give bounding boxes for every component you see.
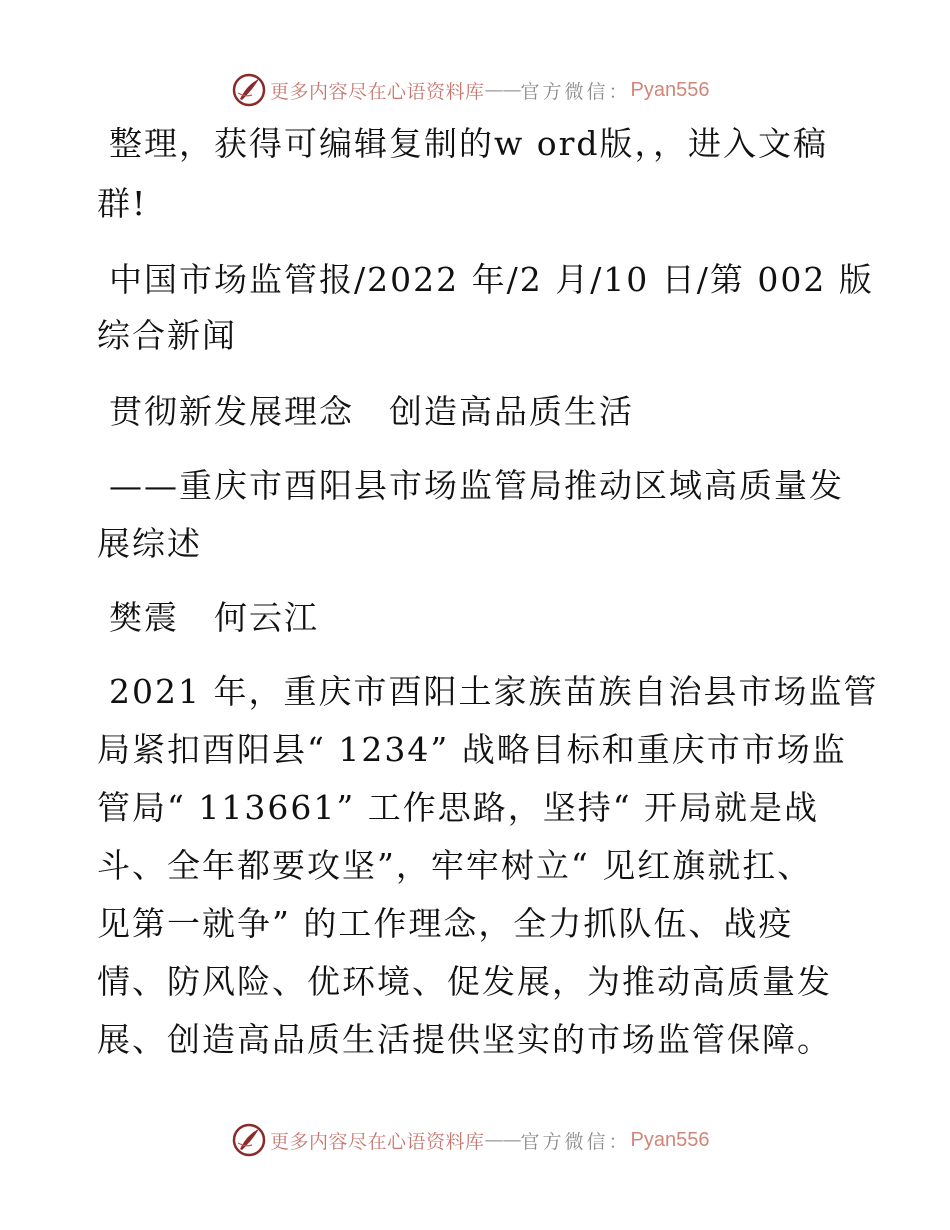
intro-line-2: 群! bbox=[97, 184, 147, 224]
watermark-wechat-label: 官方微信： bbox=[521, 77, 631, 104]
source-line-2: 综合新闻 bbox=[97, 316, 237, 356]
body-line-6: 情、防风险、优环境、促发展，为推动高质量发 bbox=[97, 962, 832, 1002]
article-title: 贯彻新发展理念 创造高品质生活 bbox=[97, 392, 634, 432]
watermark-brand-text: 更多内容尽在心语资料库 bbox=[270, 77, 485, 104]
body-line-1: 2021 年，重庆市酉阳土家族苗族自治县市场监管 bbox=[97, 672, 878, 712]
watermark-wechat-id: Pyan556 bbox=[631, 79, 710, 102]
watermark-dash: —— bbox=[485, 1129, 521, 1151]
intro-line-1: 整理，获得可编辑复制的w ord版，，进入文稿 bbox=[97, 124, 828, 164]
subtitle-line-1: ——重庆市酉阳县市场监管局推动区域高质量发 bbox=[97, 466, 844, 506]
body-line-2: 局紧扣酉阳县“ 1234” 战略目标和重庆市市场监 bbox=[97, 730, 847, 770]
header-watermark: 更多内容尽在心语资料库 —— 官方微信： Pyan556 bbox=[232, 70, 710, 110]
body-line-5: 见第一就争” 的工作理念，全力抓队伍、战疫 bbox=[97, 904, 793, 944]
watermark-wechat-label: 官方微信： bbox=[521, 1127, 631, 1154]
watermark-dash: —— bbox=[485, 79, 521, 101]
watermark-wechat-id: Pyan556 bbox=[631, 1129, 710, 1152]
subtitle-line-2: 展综述 bbox=[97, 524, 202, 564]
authors: 樊震 何云江 bbox=[97, 598, 319, 638]
source-line-1: 中国市场监管报/2022 年/2 月/10 日/第 002 版 bbox=[97, 260, 874, 300]
body-line-3: 管局“ 113661” 工作思路，坚持“ 开局就是战 bbox=[97, 788, 819, 828]
body-line-4: 斗、全年都要攻坚”，牢牢树立“ 见红旗就扛、 bbox=[97, 846, 812, 886]
quill-logo-icon bbox=[232, 1123, 266, 1157]
body-line-7: 展、创造高品质生活提供坚实的市场监管保障。 bbox=[97, 1020, 832, 1060]
quill-logo-icon bbox=[232, 73, 266, 107]
watermark-brand-text: 更多内容尽在心语资料库 bbox=[270, 1127, 485, 1154]
footer-watermark: 更多内容尽在心语资料库 —— 官方微信： Pyan556 bbox=[232, 1120, 710, 1160]
